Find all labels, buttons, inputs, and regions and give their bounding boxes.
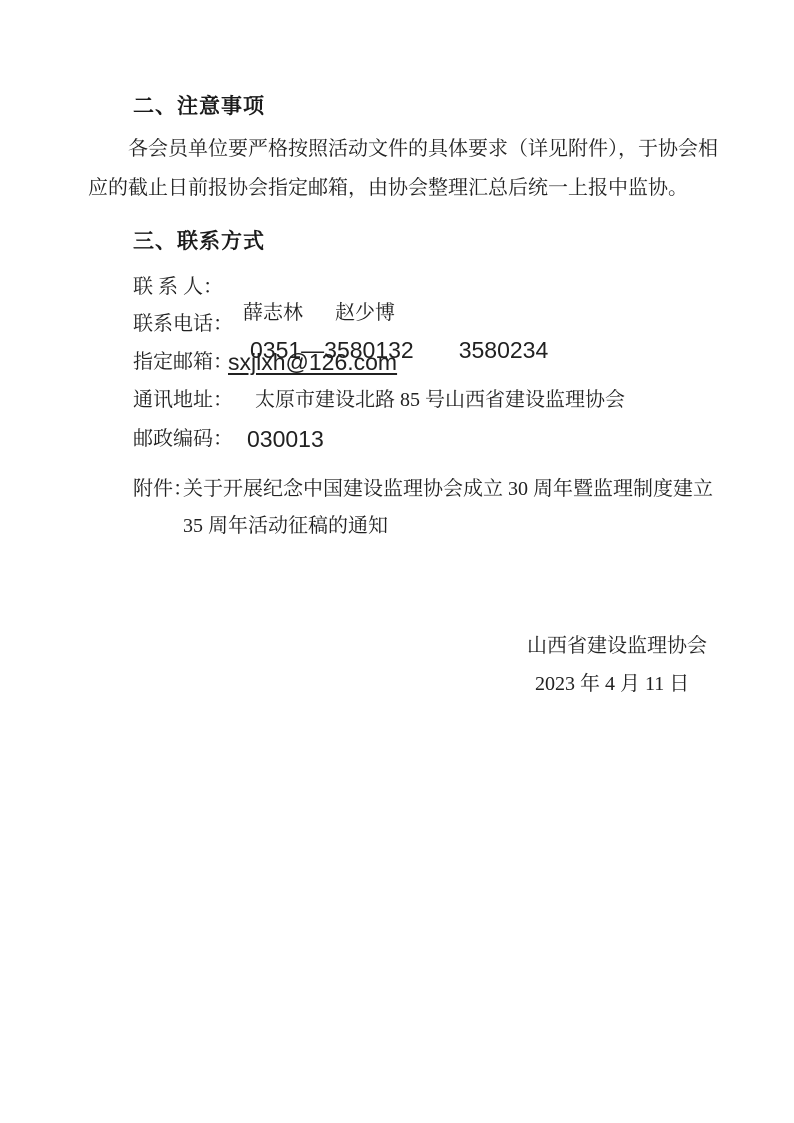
contact-phone-number-2: 3580234: [459, 337, 549, 363]
contact-person-label: 联 系 人：: [133, 274, 223, 300]
section-heading-contact: 三、联系方式: [133, 228, 265, 254]
notice-paragraph-line-2: 应的截止日前报协会指定邮箱，由协会整理汇总后统一上报中监协。: [88, 175, 688, 201]
section-heading-notice: 二、注意事项: [133, 93, 265, 119]
notice-paragraph-line-1: 各会员单位要严格按照活动文件的具体要求（详见附件），于协会相: [88, 136, 718, 162]
signature-organization: 山西省建设监理协会: [527, 633, 707, 659]
attachment-title-line-2: 35 周年活动征稿的通知: [183, 513, 388, 539]
attachment-title-line-1: 关于开展纪念中国建设监理协会成立 30 周年暨监理制度建立: [183, 476, 713, 502]
contact-postcode-label: 邮政编码：: [133, 426, 233, 452]
contact-address-value: 太原市建设北路 85 号山西省建设监理协会: [255, 387, 625, 413]
contact-email-label: 指定邮箱：: [133, 349, 233, 375]
contact-postcode-value: 030013: [247, 426, 324, 452]
contact-email-value: sxjlxh@126.com: [228, 349, 397, 375]
document-page: 二、注意事项 各会员单位要严格按照活动文件的具体要求（详见附件），于协会相 应的…: [0, 0, 794, 1123]
signature-date: 2023 年 4 月 11 日: [535, 671, 689, 697]
contact-address-label: 通讯地址：: [133, 387, 233, 413]
contact-phone-label: 联系电话：: [133, 311, 233, 337]
